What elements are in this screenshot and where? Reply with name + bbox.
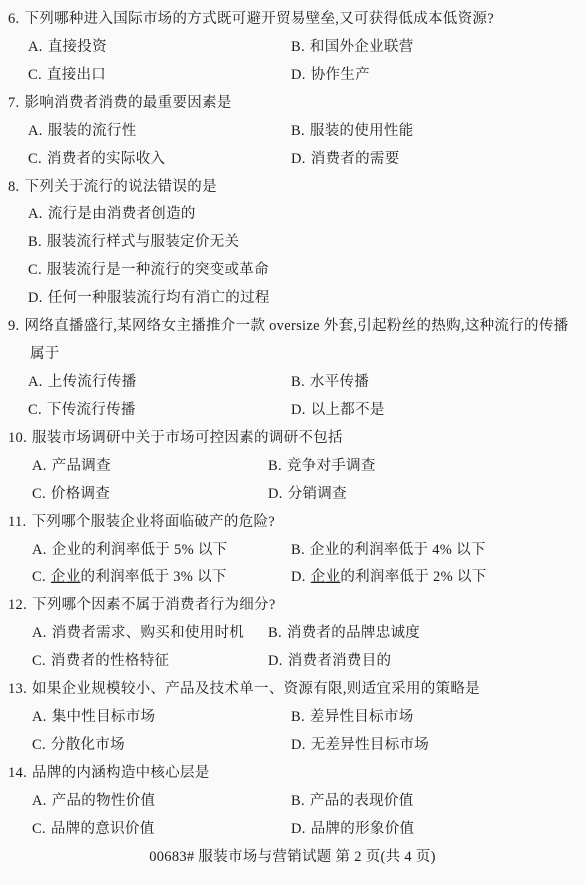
option-label: B. — [291, 542, 305, 558]
options-row: A.直接投资 B.和国外企业联营 — [0, 34, 585, 62]
option-text: 品牌的形象价值 — [311, 821, 415, 837]
question-number: 12. — [8, 597, 27, 613]
question-10: 10.服装市场调研中关于市场可控因素的调研不包括 A.产品调查 B.竞争对手调查… — [0, 425, 585, 509]
option-text: 直接投资 — [48, 39, 107, 55]
option-c: C.直接出口 — [28, 62, 106, 90]
exam-page: 6.下列哪种进入国际市场的方式既可避开贸易壁垒,又可获得低成本低资源? A.直接… — [0, 0, 585, 872]
question-text-continuation: 属于 — [0, 341, 585, 369]
option-text: 流行是由消费者创造的 — [48, 206, 196, 222]
option-c: C.下传流行传播 — [28, 397, 136, 425]
options-row: A.流行是由消费者创造的 — [0, 201, 585, 229]
option-text-underlined: 企业 — [311, 569, 341, 585]
option-text: 服装的使用性能 — [310, 123, 414, 139]
option-label: C. — [32, 737, 46, 753]
question-number: 6. — [8, 11, 19, 27]
option-b: B.企业的利润率低于 4% 以下 — [291, 537, 486, 565]
option-text: 竞争对手调查 — [287, 458, 376, 474]
option-d: D.消费者消费目的 — [268, 648, 391, 676]
option-label: B. — [291, 374, 305, 390]
option-text: 分散化市场 — [51, 737, 125, 753]
option-text: 的利润率低于 3% 以下 — [81, 569, 227, 585]
option-text: 任何一种服装流行均有消亡的过程 — [48, 290, 270, 306]
option-d: D.协作生产 — [291, 62, 370, 90]
question-line: 13.如果企业规模较小、产品及技术单一、资源有限,则适宜采用的策略是 — [0, 676, 585, 704]
question-text: 服装市场调研中关于市场可控因素的调研不包括 — [32, 430, 343, 446]
options-row: C.价格调查 D.分销调查 — [0, 481, 585, 509]
options-row: A.产品的物性价值 B.产品的表现价值 — [0, 788, 585, 816]
question-8: 8.下列关于流行的说法错误的是 A.流行是由消费者创造的 B.服装流行样式与服装… — [0, 174, 585, 314]
option-b: B.服装流行样式与服装定价无关 — [28, 229, 239, 257]
question-text: 下列哪个服装企业将面临破产的危险? — [32, 514, 276, 530]
option-label: C. — [28, 262, 42, 278]
question-text: 下列哪个因素不属于消费者行为细分? — [32, 597, 276, 613]
option-d: D.无差异性目标市场 — [291, 732, 429, 760]
option-text: 服装流行是一种流行的突变或革命 — [47, 262, 269, 278]
option-text: 消费者的实际收入 — [47, 151, 165, 167]
option-c: C.品牌的意识价值 — [32, 816, 155, 844]
option-text: 消费者的性格特征 — [51, 653, 169, 669]
question-text: 如果企业规模较小、产品及技术单一、资源有限,则适宜采用的策略是 — [32, 681, 480, 697]
options-row: C.品牌的意识价值 D.品牌的形象价值 — [0, 816, 585, 844]
options-row: D.任何一种服装流行均有消亡的过程 — [0, 285, 585, 313]
option-label: D. — [291, 151, 306, 167]
option-d: D.任何一种服装流行均有消亡的过程 — [28, 285, 270, 313]
option-a: A.直接投资 — [28, 34, 107, 62]
question-number: 9. — [8, 318, 19, 334]
option-c: C.消费者的实际收入 — [28, 146, 165, 174]
option-b: B.消费者的品牌忠诚度 — [268, 620, 420, 648]
option-label: D. — [268, 653, 283, 669]
option-c: C.价格调查 — [32, 481, 110, 509]
question-number: 14. — [8, 765, 27, 781]
option-label: D. — [291, 569, 306, 585]
options-row: C.消费者的实际收入 D.消费者的需要 — [0, 146, 585, 174]
options-row: A.产品调查 B.竞争对手调查 — [0, 453, 585, 481]
option-a: A.服装的流行性 — [28, 118, 137, 146]
question-line: 6.下列哪种进入国际市场的方式既可避开贸易壁垒,又可获得低成本低资源? — [0, 6, 585, 34]
option-text: 上传流行传播 — [48, 374, 137, 390]
option-label: C. — [32, 569, 46, 585]
option-text: 差异性目标市场 — [310, 709, 414, 725]
option-d: D.消费者的需要 — [291, 146, 400, 174]
option-label: B. — [268, 458, 282, 474]
option-d: D.以上都不是 — [291, 397, 385, 425]
option-text: 消费者消费目的 — [288, 653, 392, 669]
option-label: D. — [291, 737, 306, 753]
option-text-underlined: 企业 — [51, 569, 81, 585]
option-text: 集中性目标市场 — [52, 709, 156, 725]
option-text: 产品的表现价值 — [310, 793, 414, 809]
option-text: 企业的利润率低于 4% 以下 — [310, 542, 486, 558]
option-b: B.服装的使用性能 — [291, 118, 414, 146]
options-row: C.服装流行是一种流行的突变或革命 — [0, 257, 585, 285]
question-6: 6.下列哪种进入国际市场的方式既可避开贸易壁垒,又可获得低成本低资源? A.直接… — [0, 6, 585, 90]
question-text: 影响消费者消费的最重要因素是 — [24, 95, 231, 111]
option-text: 和国外企业联营 — [310, 39, 414, 55]
question-number: 8. — [8, 179, 19, 195]
option-text: 分销调查 — [288, 486, 347, 502]
options-row: B.服装流行样式与服装定价无关 — [0, 229, 585, 257]
option-label: B. — [28, 234, 42, 250]
option-c: C.消费者的性格特征 — [32, 648, 169, 676]
option-b: B.和国外企业联营 — [291, 34, 414, 62]
option-label: A. — [32, 458, 47, 474]
option-label: A. — [32, 625, 47, 641]
option-b: B.水平传播 — [291, 369, 369, 397]
question-12: 12.下列哪个因素不属于消费者行为细分? A.消费者需求、购买和使用时机 B.消… — [0, 592, 585, 676]
question-14: 14.品牌的内涵构造中核心层是 A.产品的物性价值 B.产品的表现价值 C.品牌… — [0, 760, 585, 844]
question-text: 下列哪种进入国际市场的方式既可避开贸易壁垒,又可获得低成本低资源? — [24, 11, 493, 27]
option-text: 水平传播 — [310, 374, 369, 390]
option-label: D. — [291, 821, 306, 837]
option-b: B.差异性目标市场 — [291, 704, 414, 732]
option-text: 协作生产 — [311, 67, 370, 83]
option-a: A.消费者需求、购买和使用时机 — [32, 620, 244, 648]
option-label: D. — [291, 67, 306, 83]
question-number: 13. — [8, 681, 27, 697]
options-row: A.上传流行传播 B.水平传播 — [0, 369, 585, 397]
options-row: C.企业的利润率低于 3% 以下 D.企业的利润率低于 2% 以下 — [0, 564, 585, 592]
option-text: 消费者的品牌忠诚度 — [287, 625, 420, 641]
options-row: A.集中性目标市场 B.差异性目标市场 — [0, 704, 585, 732]
option-label: B. — [291, 793, 305, 809]
option-a: A.上传流行传播 — [28, 369, 137, 397]
option-d: D.分销调查 — [268, 481, 347, 509]
question-line: 14.品牌的内涵构造中核心层是 — [0, 760, 585, 788]
option-label: D. — [268, 486, 283, 502]
option-label: C. — [28, 151, 42, 167]
question-number: 7. — [8, 95, 19, 111]
question-text: 网络直播盛行,某网络女主播推介一款 oversize 外套,引起粉丝的热购,这种… — [24, 318, 568, 334]
option-text: 企业的利润率低于 5% 以下 — [52, 542, 228, 558]
option-label: A. — [32, 709, 47, 725]
question-line: 9.网络直播盛行,某网络女主播推介一款 oversize 外套,引起粉丝的热购,… — [0, 313, 585, 341]
option-c: C.服装流行是一种流行的突变或革命 — [28, 257, 269, 285]
question-text: 下列关于流行的说法错误的是 — [24, 179, 216, 195]
option-label: C. — [28, 67, 42, 83]
option-text: 产品的物性价值 — [52, 793, 156, 809]
option-label: A. — [32, 793, 47, 809]
option-d: D.品牌的形象价值 — [291, 816, 414, 844]
option-label: D. — [291, 402, 306, 418]
option-text: 无差异性目标市场 — [311, 737, 429, 753]
question-7: 7.影响消费者消费的最重要因素是 A.服装的流行性 B.服装的使用性能 C.消费… — [0, 90, 585, 174]
option-text: 品牌的意识价值 — [51, 821, 155, 837]
option-label: A. — [28, 39, 43, 55]
option-b: B.产品的表现价值 — [291, 788, 414, 816]
option-label: C. — [28, 402, 42, 418]
question-line: 7.影响消费者消费的最重要因素是 — [0, 90, 585, 118]
option-label: A. — [32, 542, 47, 558]
options-row: A.服装的流行性 B.服装的使用性能 — [0, 118, 585, 146]
question-line: 8.下列关于流行的说法错误的是 — [0, 174, 585, 202]
option-c: C.企业的利润率低于 3% 以下 — [32, 564, 227, 592]
option-b: B.竞争对手调查 — [268, 453, 376, 481]
options-row: C.消费者的性格特征 D.消费者消费目的 — [0, 648, 585, 676]
option-a: A.流行是由消费者创造的 — [28, 201, 196, 229]
options-row: A.消费者需求、购买和使用时机 B.消费者的品牌忠诚度 — [0, 620, 585, 648]
option-label: B. — [291, 709, 305, 725]
option-a: A.集中性目标市场 — [32, 704, 155, 732]
options-row: C.下传流行传播 D.以上都不是 — [0, 397, 585, 425]
option-text: 的利润率低于 2% 以下 — [340, 569, 486, 585]
question-line: 11.下列哪个服装企业将面临破产的危险? — [0, 509, 585, 537]
option-text: 服装流行样式与服装定价无关 — [47, 234, 239, 250]
options-row: C.直接出口 D.协作生产 — [0, 62, 585, 90]
option-text: 价格调查 — [51, 486, 110, 502]
option-a: A.企业的利润率低于 5% 以下 — [32, 537, 227, 565]
question-line: 10.服装市场调研中关于市场可控因素的调研不包括 — [0, 425, 585, 453]
question-number: 11. — [8, 514, 27, 530]
option-text: 直接出口 — [47, 67, 106, 83]
option-label: C. — [32, 486, 46, 502]
question-text: 品牌的内涵构造中核心层是 — [32, 765, 210, 781]
options-row: A.企业的利润率低于 5% 以下 B.企业的利润率低于 4% 以下 — [0, 537, 585, 565]
question-line: 12.下列哪个因素不属于消费者行为细分? — [0, 592, 585, 620]
option-text: 消费者需求、购买和使用时机 — [52, 625, 244, 641]
option-label: B. — [268, 625, 282, 641]
option-label: A. — [28, 123, 43, 139]
question-11: 11.下列哪个服装企业将面临破产的危险? A.企业的利润率低于 5% 以下 B.… — [0, 509, 585, 593]
option-label: B. — [291, 39, 305, 55]
page-footer: 00683# 服装市场与营销试题 第 2 页(共 4 页) — [0, 844, 585, 872]
option-d: D.企业的利润率低于 2% 以下 — [291, 564, 487, 592]
option-a: A.产品调查 — [32, 453, 111, 481]
question-number: 10. — [8, 430, 27, 446]
option-text: 下传流行传播 — [47, 402, 136, 418]
option-label: A. — [28, 374, 43, 390]
option-text: 消费者的需要 — [311, 151, 400, 167]
option-label: A. — [28, 206, 43, 222]
option-c: C.分散化市场 — [32, 732, 125, 760]
option-label: B. — [291, 123, 305, 139]
options-row: C.分散化市场 D.无差异性目标市场 — [0, 732, 585, 760]
option-text: 服装的流行性 — [48, 123, 137, 139]
option-label: C. — [32, 653, 46, 669]
option-label: C. — [32, 821, 46, 837]
option-label: D. — [28, 290, 43, 306]
question-9: 9.网络直播盛行,某网络女主播推介一款 oversize 外套,引起粉丝的热购,… — [0, 313, 585, 425]
question-13: 13.如果企业规模较小、产品及技术单一、资源有限,则适宜采用的策略是 A.集中性… — [0, 676, 585, 760]
option-a: A.产品的物性价值 — [32, 788, 155, 816]
option-text: 产品调查 — [52, 458, 111, 474]
option-text: 以上都不是 — [311, 402, 385, 418]
